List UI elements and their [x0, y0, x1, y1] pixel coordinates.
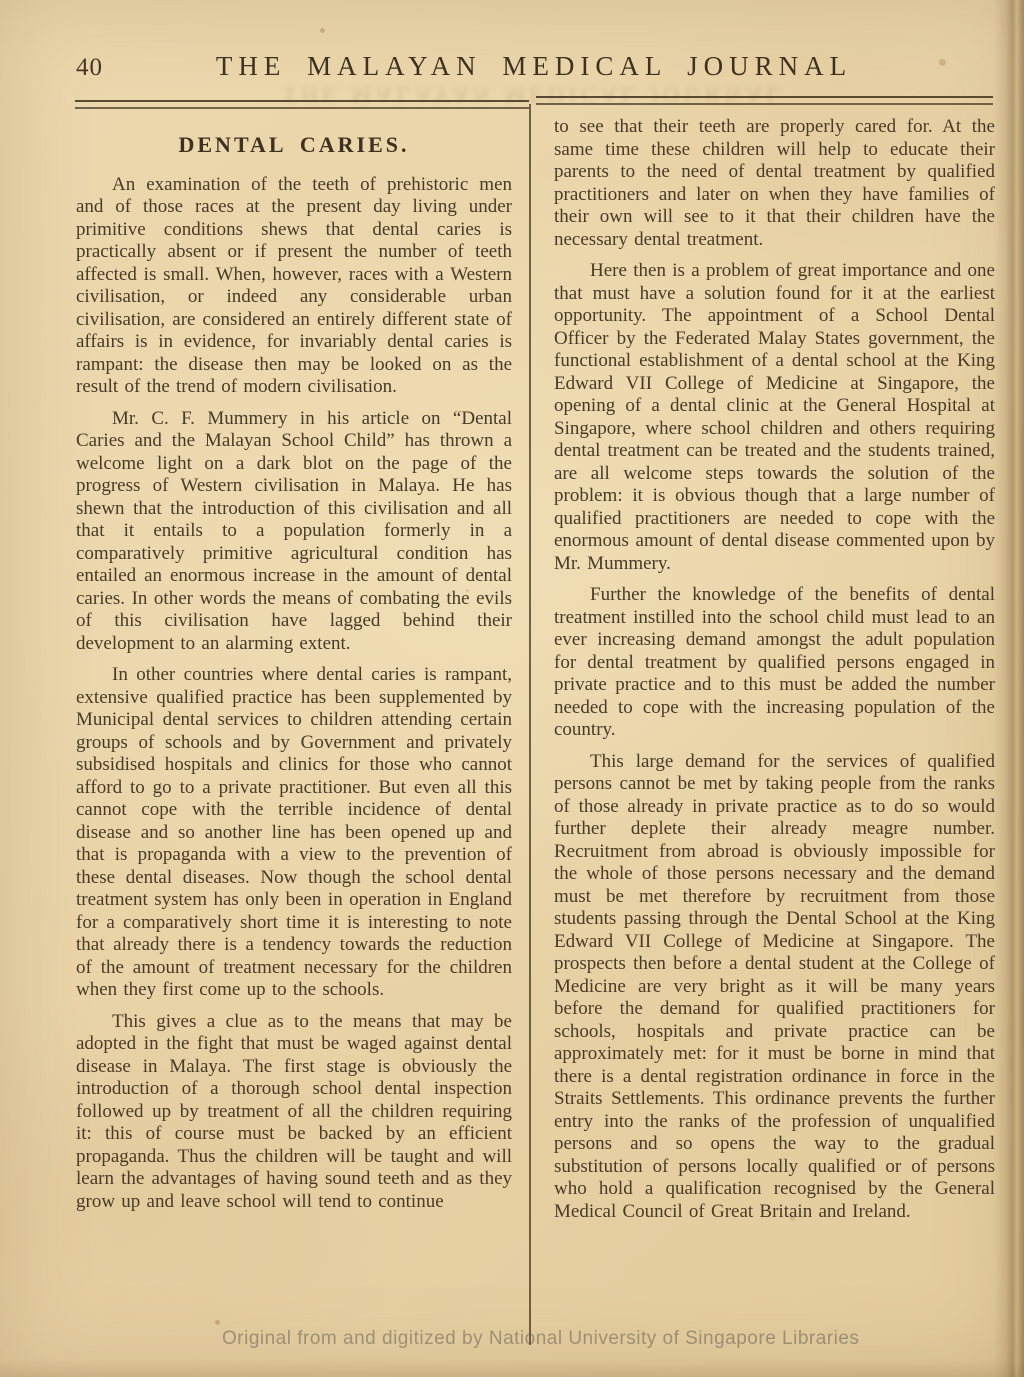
paragraph: In other countries where dental caries i…: [76, 664, 512, 1002]
paragraph: An examination of the teeth of prehistor…: [76, 174, 512, 399]
header-double-rule-right: [536, 96, 993, 105]
right-column: to see that their teeth are properly car…: [554, 116, 995, 1223]
paper-foxing-specks: [320, 28, 325, 33]
header-double-rule-left: [75, 100, 529, 109]
journal-title: THE MALAYAN MEDICAL JOURNAL: [75, 51, 993, 82]
paragraph-continuation: to see that their teeth are properly car…: [554, 116, 995, 251]
article-title: DENTAL CARIES.: [76, 134, 512, 157]
paragraph: Here then is a problem of great importan…: [554, 260, 995, 575]
paragraph: Further the knowledge of the benefits of…: [554, 584, 995, 742]
journal-page-scan: 40 THE MALAYAN MEDICAL JOURNAL THE MALAY…: [0, 0, 1024, 1377]
page-edge-shadow-right: [994, 0, 1024, 1377]
page-edge-shadow-bottom: [0, 1359, 1024, 1377]
column-divider-rule: [529, 104, 531, 1345]
paragraph: This gives a clue as to the means that m…: [76, 1011, 512, 1214]
left-column: DENTAL CARIES. An examination of the tee…: [76, 134, 512, 1213]
paragraph: This large demand for the services of qu…: [554, 751, 995, 1224]
paragraph: Mr. C. F. Mummery in his article on “Den…: [76, 408, 512, 656]
library-watermark: Original from and digitized by National …: [222, 1328, 859, 1350]
